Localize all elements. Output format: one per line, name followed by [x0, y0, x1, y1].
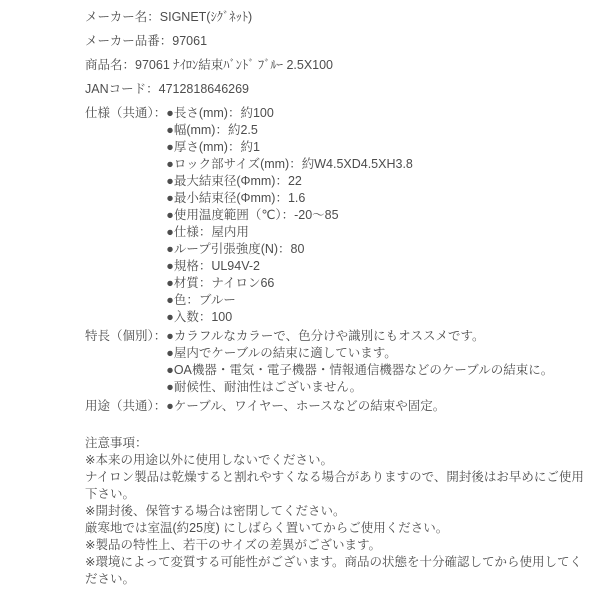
feature-item: ●屋内でケーブルの結束に適しています。 — [166, 345, 592, 362]
feature-item-list: ●カラフルなカラーで、色分けや識別にもオススメです。 ●屋内でケーブルの結束に適… — [166, 328, 592, 396]
section-notes: 注意事項： ※本来の用途以外に使用しないでください。 ナイロン製品は乾燥すると割… — [85, 435, 592, 588]
field-value: 97061 — [172, 34, 207, 48]
product-name-row: 商品名：97061 ﾅｲﾛﾝ結束ﾊﾞﾝﾄﾞ ﾌﾞﾙｰ 2.5X100 — [85, 57, 592, 74]
spec-item-list: ●長さ(mm)：約100 ●幅(mm)：約2.5 ●厚さ(mm)：約1 ●ロック… — [166, 105, 592, 326]
usage-item-list: ●ケーブル、ワイヤー、ホースなどの結束や固定。 — [166, 398, 592, 415]
section-spec: 仕様（共通）： ●長さ(mm)：約100 ●幅(mm)：約2.5 ●厚さ(mm)… — [85, 105, 592, 326]
note-line: 厳寒地では室温(約25度) にしばらく置いてからご使用ください。 — [85, 520, 590, 537]
product-spec-page: メーカー名：SIGNET(ｼｸﾞﾈｯﾄ) メーカー品番：97061 商品名：97… — [0, 0, 600, 600]
note-line: ※開封後、保管する場合は密閉してください。 — [85, 503, 590, 520]
spec-item: ●幅(mm)：約2.5 — [166, 122, 592, 139]
note-line: ※本来の用途以外に使用しないでください。 — [85, 452, 590, 469]
jan-code-row: JANコード：4712818646269 — [85, 81, 592, 98]
field-label: JANコード： — [85, 82, 159, 96]
section-spec-label: 仕様（共通）： — [85, 105, 166, 122]
field-label: メーカー名： — [85, 10, 160, 24]
spec-item: ●ロック部サイズ(mm)：約W4.5XD4.5XH3.8 — [166, 156, 592, 173]
section-usage-label: 用途（共通）： — [85, 398, 166, 415]
spec-item: ●規格：UL94V-2 — [166, 258, 592, 275]
spec-item: ●長さ(mm)：約100 — [166, 105, 592, 122]
feature-item: ●カラフルなカラーで、色分けや識別にもオススメです。 — [166, 328, 592, 345]
spec-item: ●使用温度範囲（℃）：-20～85 — [166, 207, 592, 224]
section-usage: 用途（共通）： ●ケーブル、ワイヤー、ホースなどの結束や固定。 — [85, 398, 592, 415]
spec-item: ●厚さ(mm)：約1 — [166, 139, 592, 156]
field-value: 4712818646269 — [159, 82, 249, 96]
field-value: SIGNET(ｼｸﾞﾈｯﾄ) — [160, 10, 252, 24]
spec-item: ●最小結束径(Φmm)：1.6 — [166, 190, 592, 207]
maker-part-number-row: メーカー品番：97061 — [85, 33, 592, 50]
field-value: 97061 ﾅｲﾛﾝ結束ﾊﾞﾝﾄﾞ ﾌﾞﾙｰ 2.5X100 — [135, 58, 333, 72]
field-label: 商品名： — [85, 58, 135, 72]
spec-item: ●ループ引張強度(N)：80 — [166, 241, 592, 258]
spec-item: ●最大結束径(Φmm)：22 — [166, 173, 592, 190]
section-features-label: 特長（個別）： — [85, 328, 166, 345]
spec-item: ●仕様：屋内用 — [166, 224, 592, 241]
note-line: ※環境によって変質する可能性がございます。商品の状態を十分確認してから使用してく… — [85, 554, 590, 588]
spec-item: ●入数：100 — [166, 309, 592, 326]
spec-item: ●材質：ナイロン66 — [166, 275, 592, 292]
feature-item: ●耐候性、耐油性はございません。 — [166, 379, 592, 396]
note-line: ※製品の特性上、若干のサイズの差異がございます。 — [85, 537, 590, 554]
feature-item: ●OA機器・電気・電子機器・情報通信機器などのケーブルの結束に。 — [166, 362, 592, 379]
spec-item: ●色：ブルー — [166, 292, 592, 309]
section-features: 特長（個別）： ●カラフルなカラーで、色分けや識別にもオススメです。 ●屋内でケ… — [85, 328, 592, 396]
note-line: ナイロン製品は乾燥すると割れやすくなる場合がありますので、開封後はお早めにご使用… — [85, 469, 590, 503]
maker-name-row: メーカー名：SIGNET(ｼｸﾞﾈｯﾄ) — [85, 9, 592, 26]
usage-item: ●ケーブル、ワイヤー、ホースなどの結束や固定。 — [166, 398, 592, 415]
notes-heading: 注意事項： — [85, 435, 592, 452]
field-label: メーカー品番： — [85, 34, 172, 48]
